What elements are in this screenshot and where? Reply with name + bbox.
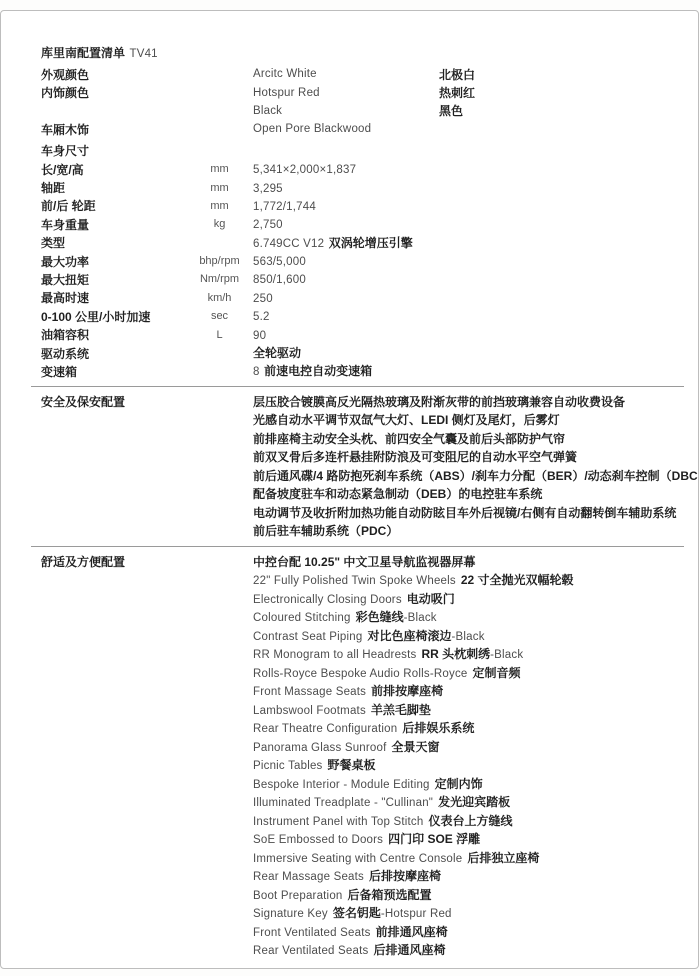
feature-zh: 后排通风座椅 [373,943,445,957]
feature-suffix: -Black [490,649,523,661]
feature-zh: 全景天窗 [392,740,440,754]
feature-zh: 后排娱乐系统 [402,721,474,735]
feature-item: Picnic Tables野餐桌板 [253,756,684,775]
feature-item: Electronically Closing Doors电动吸门 [253,590,684,609]
row-value-en: 8 [253,366,260,378]
feature-item: Immersive Seating with Centre Console后排独… [253,849,684,868]
feature-zh: 后备箱预选配置 [348,888,432,902]
row-label: 前/后 轮距 [41,197,186,214]
row-value: 3,295 [253,179,684,197]
row-value-en: 6.749CC V12 [253,238,324,250]
row-value-zh: 黑色 [439,102,684,119]
safety-item: 配备坡度驻车和动态紧急制动（DEB）的电控驻车系统 [253,485,699,504]
row-value-en: 1,772/1,744 [253,201,316,213]
feature-item: Front Ventilated Seats前排通风座椅 [253,923,684,942]
row-label: 内饰颜色 [41,84,186,101]
feature-item: Rear Theatre Configuration后排娱乐系统 [253,719,684,738]
row-value: 6.749CC V12 双涡轮增压引擎 [253,234,684,252]
feature-item: Front Massage Seats前排按摩座椅 [253,682,684,701]
feature-suffix: -Hotspur Red [381,908,452,920]
row-label: 长/宽/高 [41,161,186,178]
row-label: 0-100 公里/小时加速 [41,308,186,325]
feature-en: Picnic Tables [253,760,323,772]
row-value: 250 [253,289,684,307]
feature-zh: 彩色缝线 [356,610,404,624]
row-value: 1,772/1,744 [253,197,684,215]
spec-row: 类型 6.749CC V12 双涡轮增压引擎 [41,234,684,252]
feature-item: Panorama Glass Sunroof全景天窗 [253,738,684,757]
row-value-en: 563/5,000 [253,256,306,268]
row-value: 563/5,000 [253,252,684,270]
spec-row: 前/后 轮距 mm 1,772/1,744 [41,197,684,215]
row-unit: L [186,329,253,341]
feature-en: Front Ventilated Seats [253,927,371,939]
feature-item: Rear Ventilated Seats后排通风座椅 [253,941,684,960]
safety-item: 电动调节及收折附加热功能自动防眩目车外后视镜/右侧有自动翻转倒车辅助系统 [253,504,699,523]
row-value-en: 2,750 [253,219,283,231]
feature-en: Contrast Seat Piping [253,631,362,643]
row-label: 轴距 [41,179,186,196]
feature-en: Rear Ventilated Seats [253,945,368,957]
row-value-zh: 热刺红 [439,84,684,101]
feature-zh: 四门印 SOE 浮雕 [388,832,480,846]
feature-zh: 前排按摩座椅 [371,684,443,698]
spec-row: Black 黑色 [41,102,684,120]
row-unit: sec [186,310,253,322]
row-value: Arcitc White [253,68,439,80]
row-value-en: 90 [253,330,266,342]
row-value-zh: 全轮驱动 [253,346,301,360]
page-title-code: TV41 [129,48,157,60]
safety-section: 安全及保安配置 层压胶合镀膜高反光隔热玻璃及附渐灰带的前挡玻璃兼容自动收费设备 … [41,393,684,541]
feature-item: Illuminated Treadplate - "Cullinan"发光迎宾踏… [253,793,684,812]
spec-sheet-card: 库里南配置清单 TV41 外观颜色 Arcitc White 北极白 内饰颜色 … [0,10,699,969]
section-header-row: 车身尺寸 [41,142,684,160]
safety-item: 前后驻车辅助系统（PDC） [253,522,699,541]
feature-zh: 前排通风座椅 [376,925,448,939]
feature-en: Panorama Glass Sunroof [253,742,387,754]
feature-zh: 仪表台上方缝线 [428,814,512,828]
feature-en: RR Monogram to all Headrests [253,649,416,661]
feature-en: Rear Theatre Configuration [253,723,397,735]
feature-en: Boot Preparation [253,890,343,902]
row-value-en: 3,295 [253,183,283,195]
feature-item: SoE Embossed to Doors四门印 SOE 浮雕 [253,830,684,849]
row-value: Black [253,105,439,117]
safety-item: 光感自动水平调节双氙气大灯、LEDI 侧灯及尾灯，后雾灯 [253,411,699,430]
row-label: 车厢木饰 [41,121,186,138]
row-value: 2,750 [253,215,684,233]
spec-row: 最大扭矩 Nm/rpm 850/1,600 [41,270,684,288]
feature-item: Bespoke Interior - Module Editing定制内饰 [253,775,684,794]
feature-zh: 中控台配 10.25" 中文卫星导航监视器屏幕 [253,555,475,569]
page-title-zh: 库里南配置清单 [41,46,125,60]
row-unit: km/h [186,292,253,304]
row-label: 最高时速 [41,289,186,306]
row-label: 车身重量 [41,216,186,233]
spec-row: 内饰颜色 Hotspur Red 热刺红 [41,83,684,101]
safety-item: 前排座椅主动安全头枕、前四安全气囊及前后头部防护气帘 [253,430,699,449]
feature-item: RR Monogram to all HeadrestsRR 头枕刺绣-Blac… [253,645,684,664]
spec-row: 车身重量 kg 2,750 [41,215,684,233]
feature-en: Signature Key [253,908,328,920]
row-unit: Nm/rpm [186,273,253,285]
row-label: 最大扭矩 [41,271,186,288]
feature-item: Contrast Seat Piping对比色座椅滚边-Black [253,627,684,646]
feature-en: SoE Embossed to Doors [253,834,383,846]
spec-row: 油箱容积 L 90 [41,325,684,343]
feature-zh: 22 寸全抛光双幅轮毂 [461,573,574,587]
feature-zh: 签名钥匙 [333,906,381,920]
row-value: 8 前速电控自动变速箱 [253,362,684,380]
feature-zh: 定制音频 [473,666,521,680]
feature-en: Coloured Stitching [253,612,351,624]
spec-row: 最高时速 km/h 250 [41,289,684,307]
comfort-section-label: 舒适及方便配置 [41,553,253,572]
row-value: 全轮驱动 [253,344,684,362]
overview-section: 外观颜色 Arcitc White 北极白 内饰颜色 Hotspur Red 热… [41,65,684,139]
feature-zh: 野餐桌板 [328,758,376,772]
row-value-zh: 双涡轮增压引擎 [329,236,413,250]
safety-item: 前双叉骨后多连杆悬挂附防浪及可变阻尼的自动水平空气弹簧 [253,448,699,467]
dimensions-section: 车身尺寸 长/宽/高 mm 5,341×2,000×1,837 轴距 mm 3,… [41,142,684,381]
row-unit: kg [186,218,253,230]
feature-zh: 电动吸门 [407,592,455,606]
row-label: 变速箱 [41,363,186,380]
row-value-zh: 前速电控自动变速箱 [264,364,372,378]
comfort-items: 中控台配 10.25" 中文卫星导航监视器屏幕 22" Fully Polish… [253,553,684,960]
row-value: Open Pore Blackwood [253,123,439,135]
spec-row: 轴距 mm 3,295 [41,178,684,196]
page-title: 库里南配置清单 TV41 [41,43,684,62]
row-unit: mm [186,200,253,212]
row-value-en: 850/1,600 [253,274,306,286]
feature-en: Illuminated Treadplate - "Cullinan" [253,797,433,809]
feature-en: Electronically Closing Doors [253,594,402,606]
feature-item: 中控台配 10.25" 中文卫星导航监视器屏幕 [253,553,684,572]
feature-en: Instrument Panel with Top Stitch [253,816,423,828]
row-label: 最大功率 [41,253,186,270]
feature-en: Front Massage Seats [253,686,366,698]
feature-zh: 发光迎宾踏板 [438,795,510,809]
feature-zh: 后排独立座椅 [467,851,539,865]
spec-row: 变速箱 8 前速电控自动变速箱 [41,362,684,380]
spec-row: 最大功率 bhp/rpm 563/5,000 [41,252,684,270]
spec-row: 车厢木饰 Open Pore Blackwood [41,120,684,138]
feature-item: Lambswool Footmats羊羔毛脚垫 [253,701,684,720]
feature-item: 22" Fully Polished Twin Spoke Wheels22 寸… [253,571,684,590]
row-value-en: 5.2 [253,311,270,323]
safety-section-label: 安全及保安配置 [41,393,253,412]
row-value: 5,341×2,000×1,837 [253,160,684,178]
feature-item: Signature Key签名钥匙-Hotspur Red [253,904,684,923]
feature-zh: 定制内饰 [435,777,483,791]
feature-item: Rear Massage Seats后排按摩座椅 [253,867,684,886]
comfort-section: 舒适及方便配置 中控台配 10.25" 中文卫星导航监视器屏幕 22" Full… [41,553,684,960]
feature-en: Rear Massage Seats [253,871,364,883]
feature-en: Lambswool Footmats [253,705,366,717]
row-label: 类型 [41,234,186,251]
feature-zh: RR 头枕刺绣 [421,647,490,661]
feature-item: Boot Preparation后备箱预选配置 [253,886,684,905]
feature-item: Rolls-Royce Bespoke Audio Rolls-Royce定制音… [253,664,684,683]
feature-zh: 后排按摩座椅 [369,869,441,883]
feature-item: Instrument Panel with Top Stitch仪表台上方缝线 [253,812,684,831]
spec-row: 驱动系统 全轮驱动 [41,344,684,362]
feature-en: Rolls-Royce Bespoke Audio Rolls-Royce [253,668,468,680]
row-label: 驱动系统 [41,345,186,362]
section-divider [31,386,684,387]
feature-suffix: -Black [404,612,437,624]
safety-item: 层压胶合镀膜高反光隔热玻璃及附渐灰带的前挡玻璃兼容自动收费设备 [253,393,699,412]
row-unit: bhp/rpm [186,255,253,267]
row-value: Hotspur Red [253,87,439,99]
row-value: 5.2 [253,307,684,325]
feature-suffix: -Black [452,631,485,643]
spec-row: 长/宽/高 mm 5,341×2,000×1,837 [41,160,684,178]
feature-zh: 对比色座椅滚边 [367,629,451,643]
spec-row: 外观颜色 Arcitc White 北极白 [41,65,684,83]
section-label: 车身尺寸 [41,142,186,159]
row-value-en: 250 [253,293,273,305]
row-unit: mm [186,182,253,194]
row-value-zh: 北极白 [439,66,684,83]
feature-en: Bespoke Interior - Module Editing [253,779,430,791]
feature-item: Coloured Stitching彩色缝线-Black [253,608,684,627]
row-value-en: 5,341×2,000×1,837 [253,164,356,176]
feature-zh: 羊羔毛脚垫 [371,703,431,717]
feature-en: Immersive Seating with Centre Console [253,853,462,865]
safety-item: 前后通风碟/4 路防抱死刹车系统（ABS）/刹车力分配（BER）/动态刹车控制（… [253,467,699,486]
row-value: 90 [253,326,684,344]
section-divider [31,546,684,547]
feature-en: 22" Fully Polished Twin Spoke Wheels [253,575,456,587]
row-unit: mm [186,163,253,175]
safety-items: 层压胶合镀膜高反光隔热玻璃及附渐灰带的前挡玻璃兼容自动收费设备 光感自动水平调节… [253,393,699,541]
row-label: 外观颜色 [41,66,186,83]
spec-row: 0-100 公里/小时加速 sec 5.2 [41,307,684,325]
row-label: 油箱容积 [41,326,186,343]
row-value: 850/1,600 [253,270,684,288]
